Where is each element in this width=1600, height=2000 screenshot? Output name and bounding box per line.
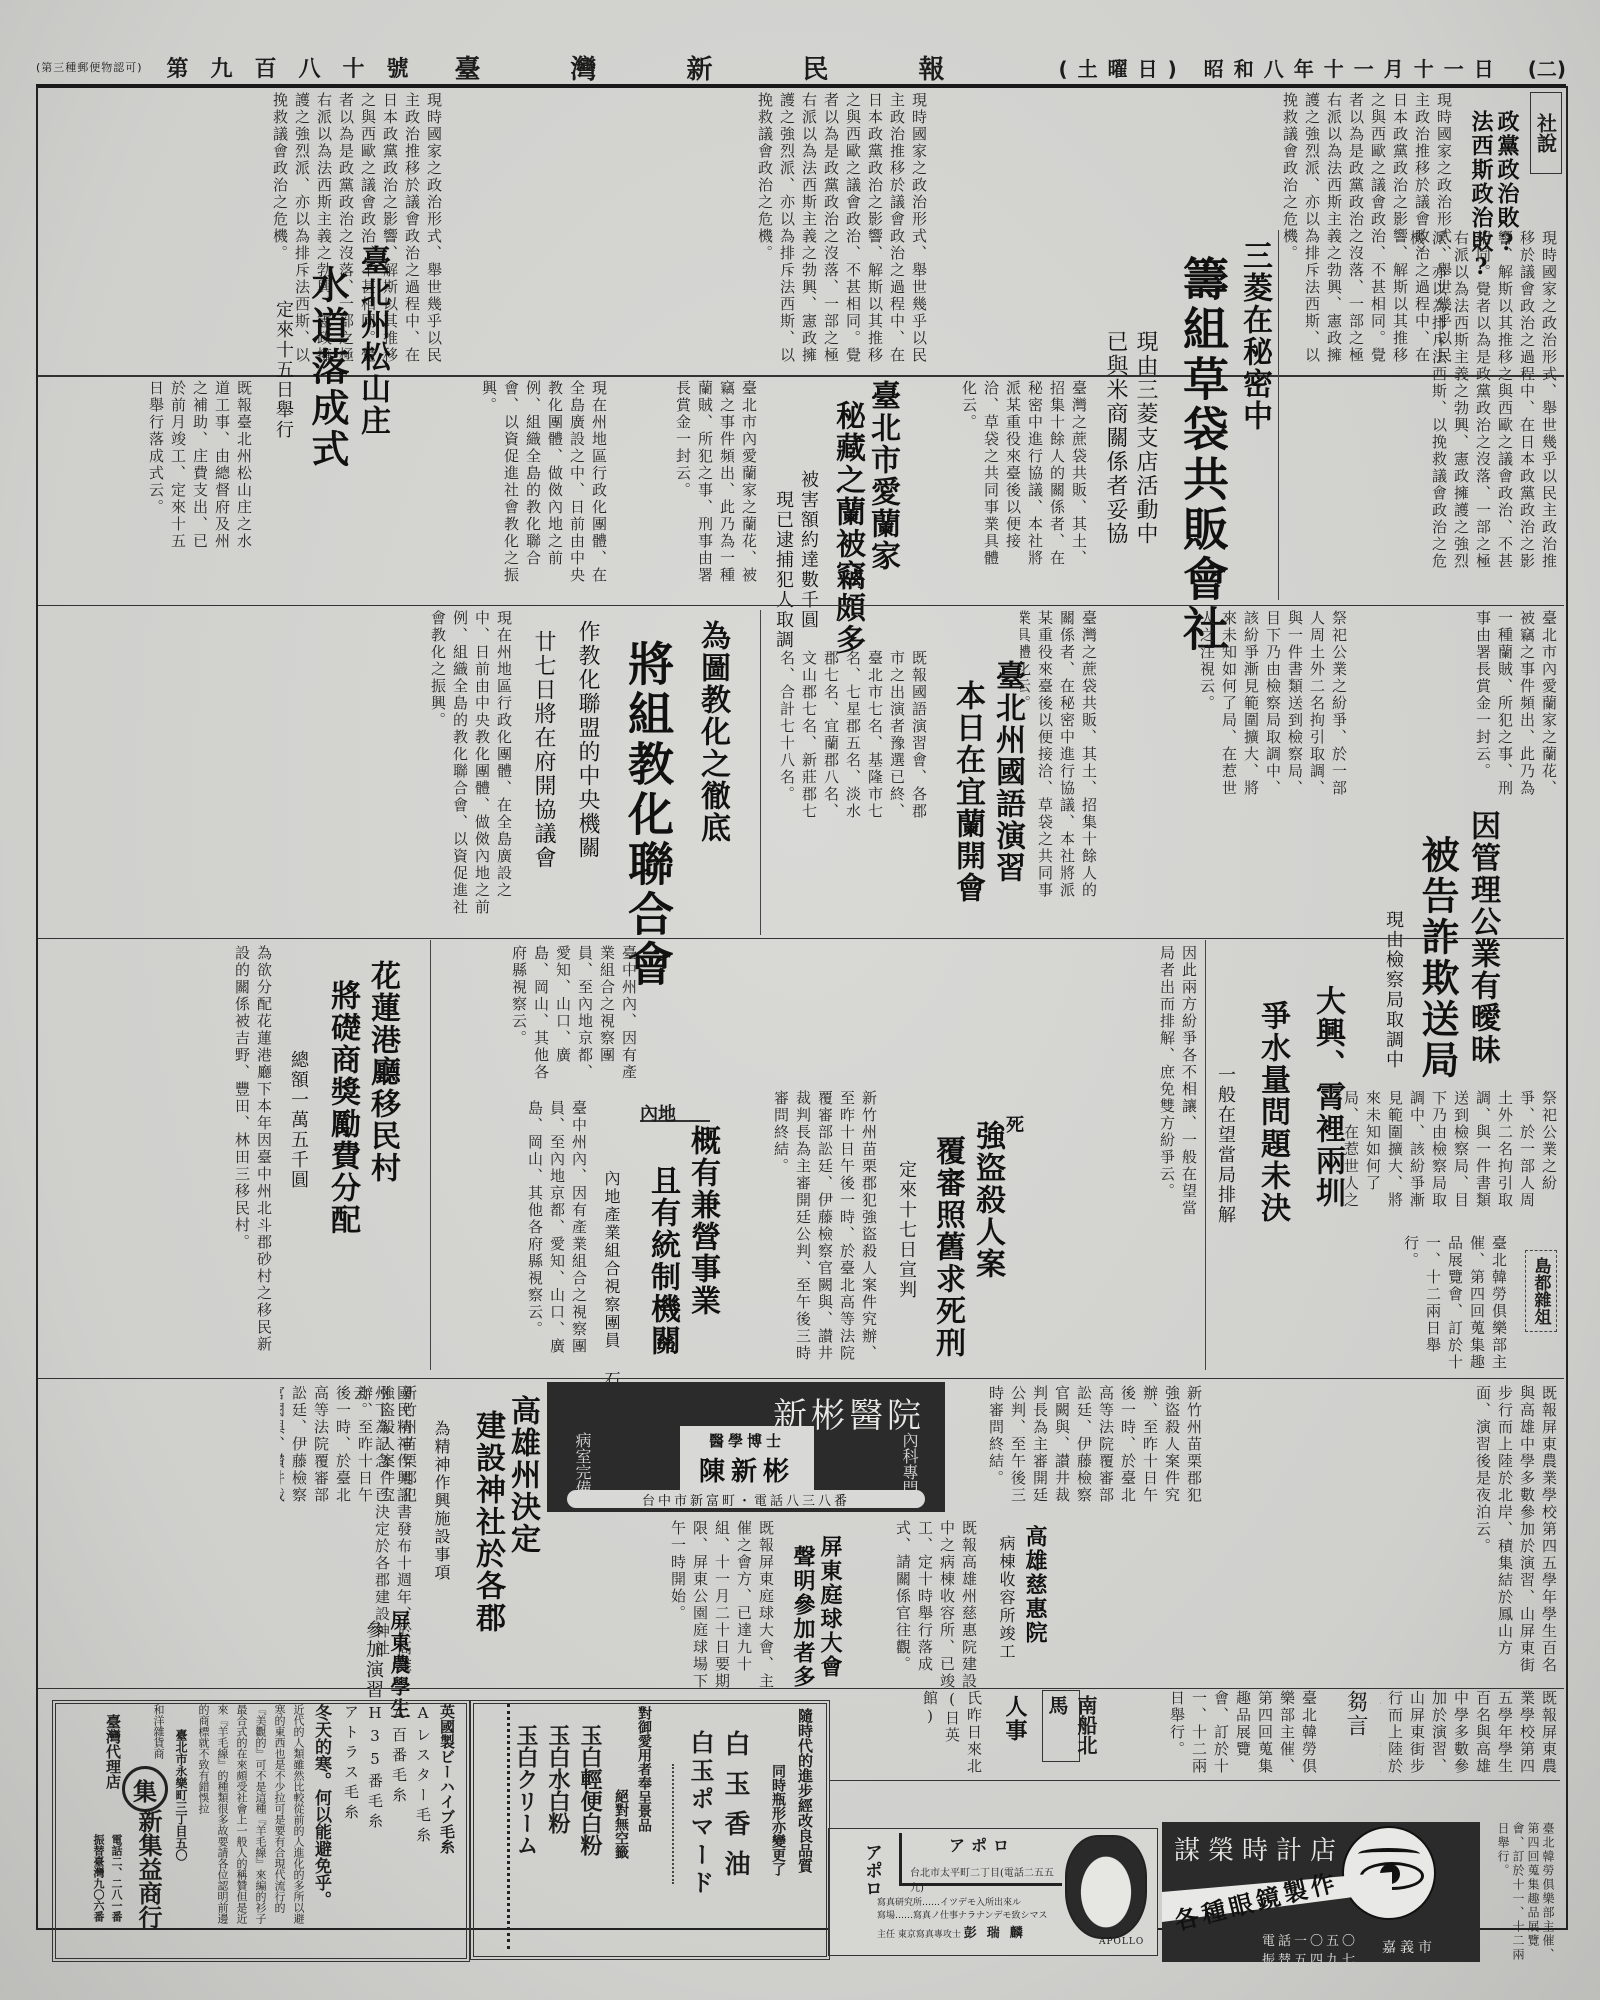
naichi-body-cont: 臺中州內、因有產業組合之視察團員、至內地京都、愛知、山口、廣島、岡山、其他各府縣… (450, 1100, 590, 1360)
mitsubishi-sub-1: 現由三菱支店活動中 (1130, 330, 1161, 546)
glasses-side-body: 臺北韓勞俱樂部主催、第四回蒐集趣品展覽會、訂於十一、十二兩日舉行。 (1490, 1822, 1555, 1962)
divider (38, 938, 1564, 939)
ship-box: 南船北馬 (1042, 1690, 1080, 1762)
apollo-line2: 寫場……寫真ノ仕事ナラナンデモ致シマス (877, 1910, 1077, 1923)
wool-heading: 英國製ビーハイブ毛糸 (437, 1704, 458, 1854)
glasses-ad: 謀榮時計店 各種眼鏡製作 電話一〇五〇 振替五四九七 嘉義市 (1162, 1822, 1480, 1962)
tennis-headline-1: 屏東庭球大會 (815, 1535, 846, 1679)
divider (38, 1378, 1564, 1379)
column-rule (760, 610, 761, 935)
orchid-body: 臺北市內愛蘭家之蘭花、被竊之事件頻出、此乃為一種蘭賊、所犯之事、刑事由署長賞金一… (620, 380, 760, 600)
hospital-headline-1: 高雄慈惠院 (1020, 1525, 1051, 1645)
orchid-sub-1: 被害額約達數千圓 (795, 470, 821, 630)
cosmetics-intro-2: 同時瓶形亦變更了 (768, 1764, 788, 1876)
divider (38, 1688, 1564, 1689)
column-rule (1205, 940, 1206, 1370)
weekday: (土曜日) (1058, 57, 1186, 81)
wool-company: 新集益商行 (131, 1809, 166, 1929)
death-headline-2: 覆審照舊求死刑 (925, 1135, 969, 1359)
gossip-label-box: 島都雜俎 (1525, 1250, 1557, 1332)
wool-copy-2: 近代的人類雖然比較從前的人進化的多所以避寒的東西也是不少拉可是要有合現代流行的『… (198, 1704, 308, 1934)
editorial-body-cont: 現時國家之政治形式、舉世幾乎以民主政治推移於議會政治之過程中、在日本政黨政治之影… (460, 92, 930, 372)
wool-trade: 和洋雜貨商 (150, 1704, 166, 1759)
apollo-address: 台北市太平町二丁目(電話二五五九) (902, 1864, 1062, 1894)
cosmetics-product-5: 玉白クリーム (511, 1724, 542, 1856)
column-rule (1278, 230, 1279, 600)
cosmetics-ad: 隨時代的進步經改良品質 同時瓶形亦變更了 白玉香油 白玉ポマード 對御愛用者奉呈… (470, 1700, 830, 1960)
gossip-label: 島都雜俎 (1529, 1257, 1554, 1325)
clinic-doctor-box: 醫學博士 陳新彬 (680, 1426, 814, 1492)
shrine-sub: 為精神作興施設事項 (430, 1420, 453, 1582)
cosmetics-product-4: 玉白水白粉 (543, 1724, 574, 1834)
cosmetics-product-3: 玉白輕便白粉 (575, 1724, 606, 1856)
chain-divider (507, 1704, 510, 1949)
naichi-label-text: 內地 (640, 1100, 676, 1120)
editorial-label: 社說 (1532, 113, 1561, 153)
newspaper-page: (第三種郵便物認可) 第九百八十號 臺灣新民報 (土曜日) 昭和八年十一月十一日… (0, 0, 1600, 2000)
clinic-specialty: 內科專門 (898, 1432, 921, 1496)
clinic-doctor-name: 陳新彬 (680, 1451, 814, 1488)
kokugo-headline-2: 本日在宜蘭開會 (945, 680, 989, 904)
cosmetics-product-1: 白玉香油 (717, 1730, 754, 1890)
glasses-phone: 電話一〇五〇 (1262, 1930, 1358, 1949)
kyoka-sub-2: 廿七日將在府開協議會 (528, 630, 559, 870)
apollo-proprietor: 彭瑞麟 (964, 1926, 1033, 1941)
apollo-brand: アポロ (902, 1833, 1062, 1856)
property-sub: 現由檢察局取調中 (1380, 910, 1406, 1070)
date: 昭和八年十一月十一日 (1204, 57, 1504, 81)
waterworks-headline-2: 水道落成式 (300, 265, 355, 470)
wool-item-2: A百番毛糸 (389, 1704, 410, 1807)
property-headline-2: 被告詐欺送局 (1410, 835, 1465, 1081)
hospital-headline-2: 病棟收容所竣工 (995, 1535, 1018, 1661)
water-headline-2: 爭水量問題未決 (1250, 1000, 1294, 1224)
wool-copy-1: 冬天的寒。何以能避免乎。 (309, 1704, 334, 1919)
divider (830, 1780, 1560, 1781)
theft-body: 臺北市內愛蘭家之蘭花、被竊之事件頻出、此乃為一種蘭賊、所犯之事、刑事由署長賞金一… (1410, 610, 1560, 800)
naichi-body: 臺中州內、因有產業組合之視察團員、至內地京都、愛知、山口、廣島、岡山、其他各府縣… (440, 945, 640, 1085)
apollo-header-box: アポロ 台北市太平町二丁目(電話二五五九) (899, 1833, 1062, 1886)
wool-item-4: アトラス毛糸 (341, 1704, 362, 1824)
apollo-ad: アポロ アポロ 台北市太平町二丁目(電話二五五九) 寫真研究所……イツデモ入所出… (828, 1828, 1158, 1956)
wool-item-3: H35番毛糸 (365, 1704, 386, 1833)
hospital-body: 既報高雄州慈惠院建設中之病棟收容所、已竣工、定十時舉行落成式、請關係官往觀。 (850, 1520, 980, 1690)
gossip-body: 臺北韓勞俱樂部主催、第四回蒐集趣品展覽會、訂於十一、十二兩日舉行。 (1230, 1235, 1510, 1385)
face-illustration-icon (1065, 1835, 1147, 1939)
orchid-headline-2: 秘藏之蘭被竊頗多 (825, 400, 869, 656)
death-sub: 定來十七日宣判 (893, 1160, 919, 1300)
wool-transfer: 振替臺灣九〇六番 (90, 1834, 106, 1922)
kyoka-sub-1: 作教化聯盟的中央機關 (572, 620, 603, 860)
apollo-brand-vertical: アポロ (859, 1843, 885, 1897)
clinic-rooms: 病室完備 (571, 1432, 594, 1496)
kyoka-body: 現在州地區行政化團體、在全島廣設之中、日前由中央教化團體、做傚內地之前例、組織全… (45, 610, 515, 930)
clinic-ad: 新彬醫院 內科專門 病室完備 醫學博士 陳新彬 台中市新富町・電話八三八番 (547, 1382, 945, 1512)
death-headline-1: 強盜殺人案 (965, 1120, 1009, 1280)
column-rule (430, 940, 431, 1370)
wool-ad: 英國製ビーハイブ毛糸 Aレスター毛糸 A百番毛糸 H35番毛糸 アトラス毛糸 冬… (52, 1700, 470, 1962)
glasses-shop-name: 謀榮時計店 (1174, 1830, 1344, 1867)
glasses-slogan: 各種眼鏡製作 (1170, 1862, 1341, 1937)
death-body: 新竹州苗栗郡犯強盜殺人案件究辦、至昨十日午後一時、於臺北高等法院覆審部訟廷、伊藤… (720, 1090, 880, 1370)
water-property-body: 祭祀公業之紛爭、於一部人周土外二名拘引取調、與一件書類送到檢察局、目下乃由檢察局… (1340, 1090, 1560, 1220)
cosmetics-product-2: 白玉ポマード (683, 1730, 718, 1898)
drill-body: 既報屏東農業學校第四五學年學生百名與高雄中學多數參加於演習、山屏東街步行而上陸於… (1210, 1385, 1560, 1685)
property-body: 祭祀公業之紛爭、於一部人周土外二名拘引取調、與一件書類送到檢察局、目下乃由檢察局… (1100, 610, 1350, 810)
mitsubishi-body: 臺灣之蔗袋共販、其土、招集十餘人的關係者、在秘密中進行協議、本社將派某重役來臺後… (900, 380, 1090, 580)
postal-note: (第三種郵便物認可) (36, 59, 143, 75)
shrine-headline-2: 建設神社於各郡 (465, 1410, 509, 1634)
apollo-services: 寫真研究所……イツデモ入所出來ル 寫場……寫真ノ仕事ナラナンデモ致シマス 主任 … (877, 1897, 1077, 1942)
wool-item-1: Aレスター毛糸 (413, 1704, 434, 1847)
top-right-body: 現時國家之政治形式、舉世幾乎以民主政治推移於議會政治之過程中、在日本政黨政治之影… (1270, 230, 1560, 570)
kotoba-body: 既報屏東農業學校第四五學年學生百名與高雄中學多數參加於演習、山屏東街步行而上陸於… (1380, 1690, 1560, 1780)
naichi-headline-2: 且有統制機關 (640, 1165, 684, 1357)
divider (38, 605, 1564, 606)
glasses-city: 嘉義市 (1382, 1937, 1436, 1957)
page-number: (二) (1528, 53, 1566, 82)
tennis-headline-2: 聲明參加者多 (788, 1545, 819, 1689)
hualien-headline-2: 將礎商獎勵費分配 (320, 980, 364, 1236)
apollo-line1: 寫真研究所……イツデモ入所出來ル (877, 1897, 1077, 1910)
glasses-transfer: 振替五四九七 (1262, 1949, 1358, 1962)
masthead: (第三種郵便物認可) 第九百八十號 臺灣新民報 (土曜日) 昭和八年十一月十一日… (36, 52, 1566, 82)
cosmetics-intro-1: 隨時代的進步經改良品質 (795, 1708, 816, 1873)
tennis-body: 既報屏東庭球大會、主催之會方、已達九十組、十一月二十日要期限、屏東公園庭球場下午… (547, 1520, 777, 1690)
wool-phone: 電話二、二八一番 (108, 1834, 124, 1922)
editorial-label-box: 社說 (1530, 92, 1562, 174)
clinic-address: 台中市新富町・電話八三八番 (567, 1490, 925, 1508)
jinji-label: 人事 (1000, 1695, 1031, 1743)
wool-address: 臺北市永樂町三丁目五〇 (173, 1729, 190, 1861)
hualien-body: 為欲分配花蓮港廳下本年因臺中州北斗郡砂村之移民新設的關係被吉野、豐田、林田三移民… (45, 945, 275, 1365)
mitsubishi-sub-2: 已與米商關係者妥協 (1100, 330, 1131, 546)
waterworks-sub: 定來十五日舉行 (270, 300, 296, 440)
water-sub: 一般在望當局排解 (1212, 1065, 1238, 1225)
naichi-label: 內地 (640, 1100, 710, 1122)
kokugo-side-body: 臺灣之蔗袋共販、其土、招集十餘人的關係者、在秘密中進行協議、本社將派某重役來臺後… (1020, 610, 1100, 900)
apollo-logo: APOLLO (1099, 1937, 1144, 1947)
diamond-divider (672, 1764, 676, 1884)
waterworks-headline-1: 臺北州松山庄 (350, 245, 394, 437)
death-body-cont: 新竹州苗栗郡犯強盜殺人案件究辦、至昨十日午後一時、於臺北高等法院覆審部訟廷、伊藤… (955, 1385, 1205, 1515)
naichi-headline-1: 概有兼營事業 (680, 1125, 724, 1317)
kyoka-headline-1: 為圖教化之徹底 (690, 620, 734, 844)
apollo-proprietor-label: 主任 東京寫真專攻士 (877, 1930, 961, 1940)
orchid-sub-2: 現已逮捕犯人取調 (770, 490, 796, 650)
column-body: 現在州地區行政化團體、在全島廣設之中、日前由中央教化團體、做傚內地之前例、組織全… (410, 380, 610, 600)
cosmetics-gift-note: 對御愛用者奉呈景品 (634, 1706, 654, 1832)
misc-body: 氏昨日來北(日英館) (835, 1690, 985, 1780)
jinji-body: 臺北韓勞俱樂部主催、第四回蒐集趣品展覽會、訂於十一、十二兩日舉行。 (1090, 1690, 1320, 1780)
kotoba-label: 芻言 (1340, 1690, 1371, 1738)
waterworks-body: 既報臺北州松山庄之水道工事、由總督府及州之補助、庄費支出、已於前月竣工、定來十五… (45, 380, 255, 560)
paper-title: 臺灣新民報 (455, 49, 1035, 86)
mitsubishi-headline-2: 籌組草袋共販會社 (1170, 255, 1236, 655)
wool-agent-label: 臺灣代理店 (103, 1714, 124, 1789)
clinic-doctor-title: 醫學博士 (680, 1430, 814, 1451)
hualien-headline-1: 花蓮港廳移民村 (360, 960, 404, 1184)
issue-date: (土曜日) 昭和八年十一月十一日 (1058, 53, 1503, 82)
shrine-body-cont: 新竹州苗栗郡犯強盜殺人案件究辦、至昨十日午後一時、於臺北高等法院覆審部訟廷、伊藤… (280, 1385, 420, 1505)
hualien-sub: 總額一萬五千圓 (285, 1050, 311, 1190)
company-logo-icon: 集 (122, 1766, 168, 1812)
cosmetics-guarantee: 絕對無空籤 (611, 1789, 631, 1859)
issue-number: 第九百八十號 (167, 52, 431, 83)
